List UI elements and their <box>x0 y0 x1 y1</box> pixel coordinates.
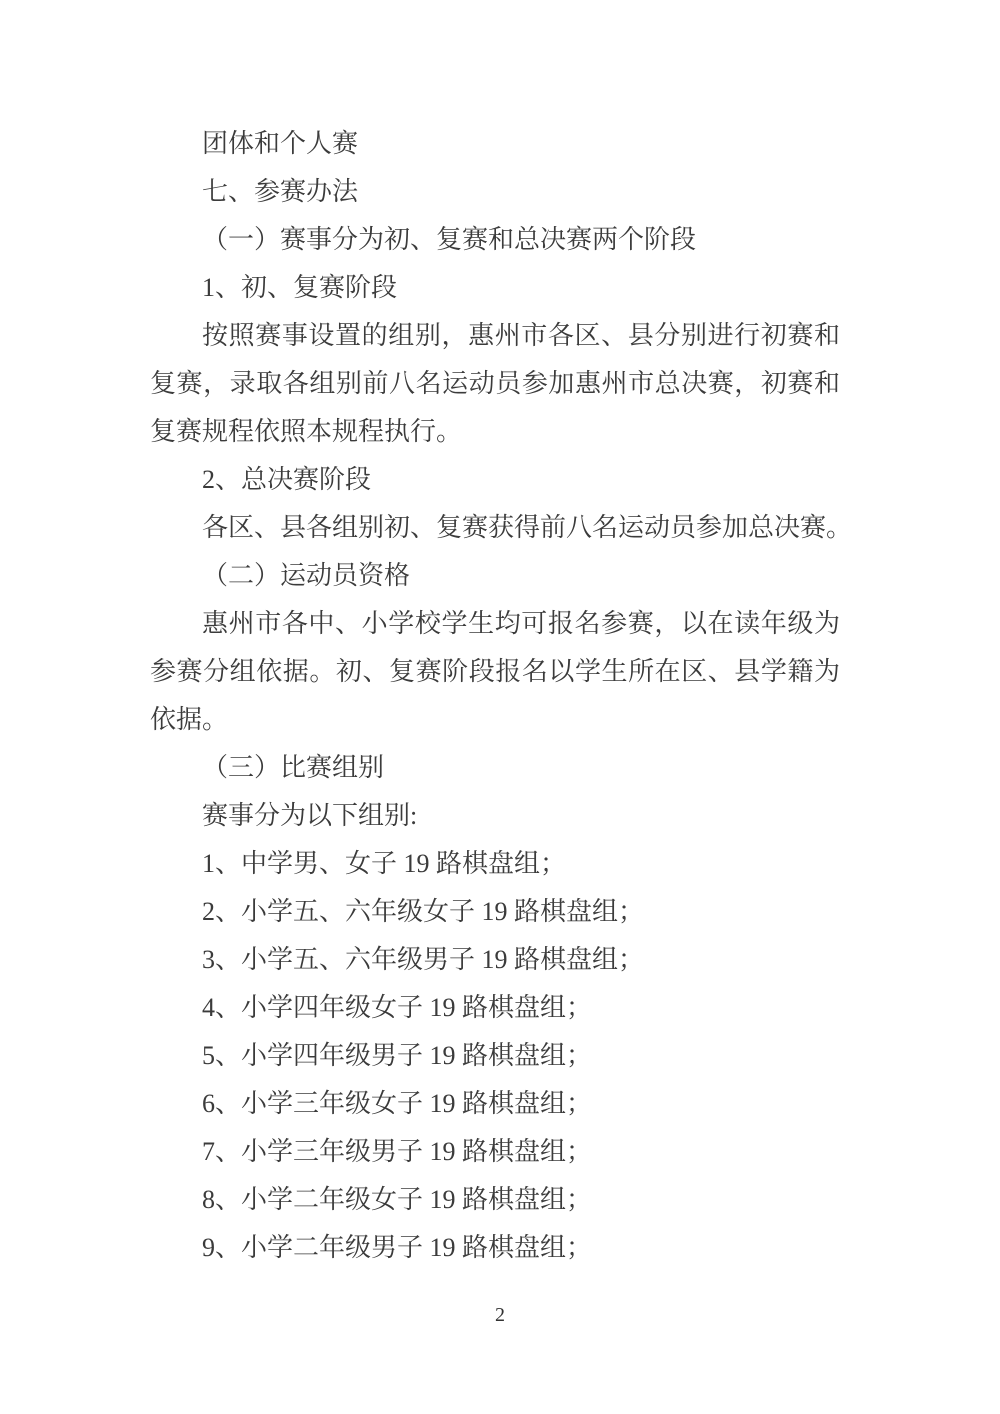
doc-list-item-group-8: 8、小学二年级女子 19 路棋盘组； <box>150 1176 840 1224</box>
doc-heading-stage-1: 1、初、复赛阶段 <box>150 264 840 312</box>
doc-list-item-group-7: 7、小学三年级男子 19 路棋盘组； <box>150 1128 840 1176</box>
doc-list-item-group-3: 3、小学五、六年级男子 19 路棋盘组； <box>150 936 840 984</box>
doc-list-item-group-9: 9、小学二年级男子 19 路棋盘组； <box>150 1224 840 1272</box>
document-body: 团体和个人赛 七、参赛办法 （一）赛事分为初、复赛和总决赛两个阶段 1、初、复赛… <box>150 120 840 1272</box>
doc-heading-sub-three: （三）比赛组别 <box>150 744 840 792</box>
doc-list-item-group-5: 5、小学四年级男子 19 路棋盘组； <box>150 1032 840 1080</box>
doc-paragraph-eligibility: 惠州市各中、小学校学生均可报名参赛，以在读年级为参赛分组依据。初、复赛阶段报名以… <box>150 600 840 744</box>
doc-list-item-group-1: 1、中学男、女子 19 路棋盘组； <box>150 840 840 888</box>
doc-heading-sub-two: （二）运动员资格 <box>150 552 840 600</box>
page-footer: 2 <box>0 1300 1000 1330</box>
doc-heading-stage-2: 2、总决赛阶段 <box>150 456 840 504</box>
page-number: 2 <box>495 1304 505 1326</box>
doc-paragraph-team-individual: 团体和个人赛 <box>150 120 840 168</box>
doc-heading-sub-one: （一）赛事分为初、复赛和总决赛两个阶段 <box>150 216 840 264</box>
doc-paragraph-preliminary: 按照赛事设置的组别，惠州市各区、县分别进行初赛和复赛，录取各组别前八名运动员参加… <box>150 312 840 456</box>
doc-list-item-group-4: 4、小学四年级女子 19 路棋盘组； <box>150 984 840 1032</box>
doc-paragraph-groups-intro: 赛事分为以下组别: <box>150 792 840 840</box>
doc-paragraph-finals: 各区、县各组别初、复赛获得前八名运动员参加总决赛。 <box>150 504 840 552</box>
doc-list-item-group-2: 2、小学五、六年级女子 19 路棋盘组； <box>150 888 840 936</box>
document-page: 团体和个人赛 七、参赛办法 （一）赛事分为初、复赛和总决赛两个阶段 1、初、复赛… <box>0 0 1000 1414</box>
doc-heading-section-seven: 七、参赛办法 <box>150 168 840 216</box>
doc-list-item-group-6: 6、小学三年级女子 19 路棋盘组； <box>150 1080 840 1128</box>
